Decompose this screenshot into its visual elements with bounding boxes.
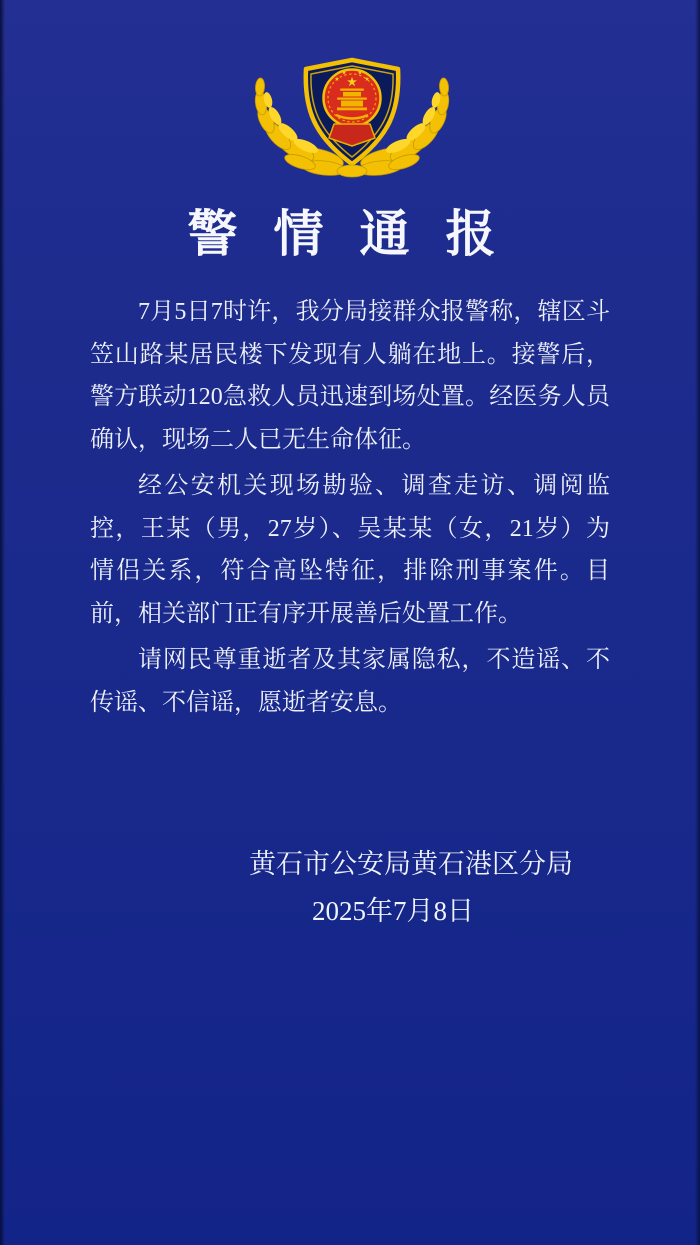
notice-line: 控，王某（男，27岁）、吴某某（女，21岁）为 — [90, 508, 610, 551]
notice-line: 警方联动120急救人员迅速到场处置。经医务人员 — [90, 376, 610, 419]
notice-line: 经公安机关现场勘验、调查走访、调阅监 — [90, 465, 610, 508]
notice-line: 情侣关系，符合高坠特征，排除刑事案件。目 — [90, 550, 610, 593]
police-notice-poster: 警情通报 7月5日7时许，我分局接群众报警称，辖区斗 笠山路某居民楼下发现有人躺… — [0, 0, 700, 1245]
notice-line: 前，相关部门正有序开展善后处置工作。 — [90, 593, 610, 636]
notice-title: 警情通报 — [0, 204, 700, 264]
notice-line: 请网民尊重逝者及其家属隐私，不造谣、不 — [90, 639, 610, 682]
issuer-name: 黄石市公安局黄石港区分局 — [0, 842, 700, 886]
police-badge-icon — [244, 54, 460, 178]
right-edge-shadow — [695, 0, 700, 1245]
notice-line: 笠山路某居民楼下发现有人躺在地上。接警后， — [90, 334, 610, 377]
notice-paragraph: 7月5日7时许，我分局接群众报警称，辖区斗 笠山路某居民楼下发现有人躺在地上。接… — [90, 291, 610, 461]
left-edge-shadow — [0, 0, 5, 1245]
notice-line: 7月5日7时许，我分局接群众报警称，辖区斗 — [90, 291, 610, 334]
notice-paragraph: 请网民尊重逝者及其家属隐私，不造谣、不 传谣、不信谣，愿逝者安息。 — [90, 639, 610, 724]
issue-date: 2025年7月8日 — [0, 889, 700, 933]
notice-line: 确认，现场二人已无生命体征。 — [90, 419, 610, 462]
notice-line: 传谣、不信谣，愿逝者安息。 — [90, 682, 610, 725]
notice-body: 7月5日7时许，我分局接群众报警称，辖区斗 笠山路某居民楼下发现有人躺在地上。接… — [90, 291, 610, 724]
notice-paragraph: 经公安机关现场勘验、调查走访、调阅监 控，王某（男，27岁）、吴某某（女，21岁… — [90, 465, 610, 635]
